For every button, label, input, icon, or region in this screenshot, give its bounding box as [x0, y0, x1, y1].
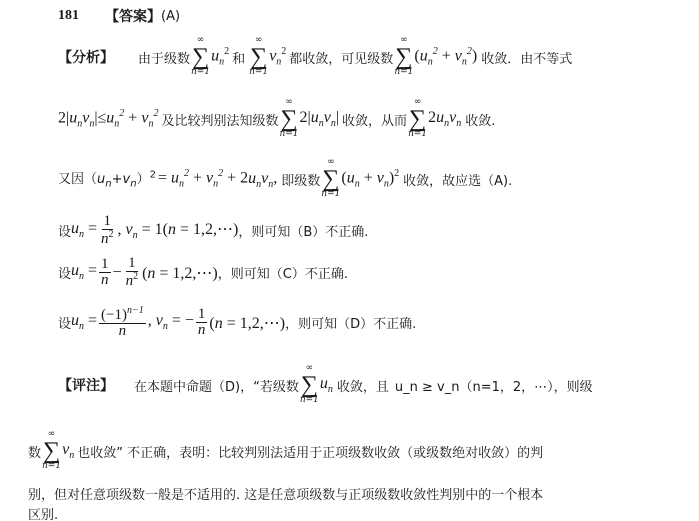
answer-value: (A) [161, 9, 180, 24]
text: 收敛. [465, 110, 495, 129]
text: ，则可知（B）不正确. [238, 221, 368, 240]
analysis-label: 【分析】 [58, 47, 114, 67]
math-term: un2 [211, 46, 229, 68]
text: ，则可知（D）不正确. [285, 313, 416, 332]
analysis-line-1: 【分析】 由于级数 ∞∑n=1 un2 和 ∞∑n=1 vn2 都收敛，可见级数… [58, 36, 572, 78]
summation-symbol: ∞∑n=1 [408, 98, 427, 140]
answer-label: 【答案】 [105, 6, 161, 26]
summation-symbol: ∞∑n=1 [249, 36, 268, 78]
fraction: 1n2 [99, 214, 116, 247]
text: 收敛，且 [337, 376, 389, 395]
summation-symbol: ∞∑n=1 [42, 430, 61, 472]
fraction: 1n [196, 307, 208, 338]
remark-line-3: 别，但对任意项级数一般是不适用的. 这是任意项级数与正项级数收敛性判别中的一个根… [28, 484, 543, 503]
math-term: (un + vn)2 [341, 168, 399, 190]
math-term: 2|unvn| [300, 109, 340, 129]
text: 都收敛，可见级数 [289, 48, 393, 67]
text: 也收敛” 不正确，表明：比较判别法适用于正项级数收敛（或级数绝对收敛）的判 [77, 442, 543, 461]
text: 即级数 [281, 170, 320, 189]
analysis-line-2: 2|unvn|≤un2 + vn2 及比较判别法知级数 ∞∑n=1 2|unvn… [58, 98, 495, 140]
summation-symbol: ∞∑n=1 [321, 158, 340, 200]
math-term: un [320, 375, 333, 395]
summation-symbol: ∞∑n=1 [191, 36, 210, 78]
text: 及比较判别法知级数 [161, 110, 278, 129]
answer-header: 181 【答案】 (A) [58, 6, 180, 26]
math-term: 2unvn [428, 109, 461, 129]
text: 收敛．由不等式 [481, 48, 572, 67]
math-term: vn [62, 441, 74, 461]
text: u_n ≥ v_n（n=1，2，⋯），则级 [395, 376, 593, 395]
text: 设 [58, 221, 71, 240]
remark-label: 【评注】 [58, 375, 114, 395]
counterexample-c: 设 un = 1n − 1n2 (n = 1,2,⋯) ，则可知（C）不正确. [58, 256, 348, 289]
text: ，则可知（C）不正确. [218, 263, 348, 282]
text: 在本题中命题（D)，“若级数 [134, 376, 299, 395]
text: 设 [58, 313, 71, 332]
remark-line-4: 区别. [28, 504, 58, 521]
math-term: vn2 [269, 46, 286, 68]
counterexample-d: 设 un = (−1)n−1n , vn = − 1n (n = 1,2,⋯) … [58, 306, 416, 339]
summation-symbol: ∞∑n=1 [300, 364, 319, 406]
math-term: = un2 + vn2 + 2unvn, [158, 168, 277, 190]
text: 由于级数 [138, 48, 190, 67]
text: 设 [58, 263, 71, 282]
problem-number: 181 [58, 8, 79, 24]
math-term: (un2 + vn2) [414, 46, 477, 68]
remark-line-2: 数 ∞∑n=1 vn 也收敛” 不正确，表明：比较判别法适用于正项级数收敛（或级… [28, 430, 543, 472]
remark-line-1: 【评注】 在本题中命题（D)，“若级数 ∞∑n=1 un 收敛，且 u_n ≥ … [58, 364, 593, 406]
text: 别，但对任意项级数一般是不适用的. 这是任意项级数与正项级数收敛性判别中的一个根… [28, 484, 543, 503]
summation-symbol: ∞∑n=1 [279, 98, 298, 140]
fraction: 1n [99, 257, 111, 288]
text: 收敛，故应选（A). [403, 170, 512, 189]
counterexample-b: 设 un = 1n2 , vn = 1(n = 1,2,⋯) ，则可知（B）不正… [58, 214, 368, 247]
text: 收敛，从而 [342, 110, 407, 129]
analysis-line-3: 又因（un+vn）2 = un2 + vn2 + 2unvn, 即级数 ∞∑n=… [58, 158, 512, 200]
text: 和 [232, 48, 245, 67]
fraction: 1n2 [124, 256, 141, 289]
summation-symbol: ∞∑n=1 [394, 36, 413, 78]
fraction: (−1)n−1n [99, 306, 146, 339]
text: 又因（un+vn）2 [58, 168, 156, 190]
text: 区别. [28, 504, 58, 521]
inequality: 2|unvn|≤un2 + vn2 [58, 108, 158, 130]
text: 数 [28, 442, 41, 461]
